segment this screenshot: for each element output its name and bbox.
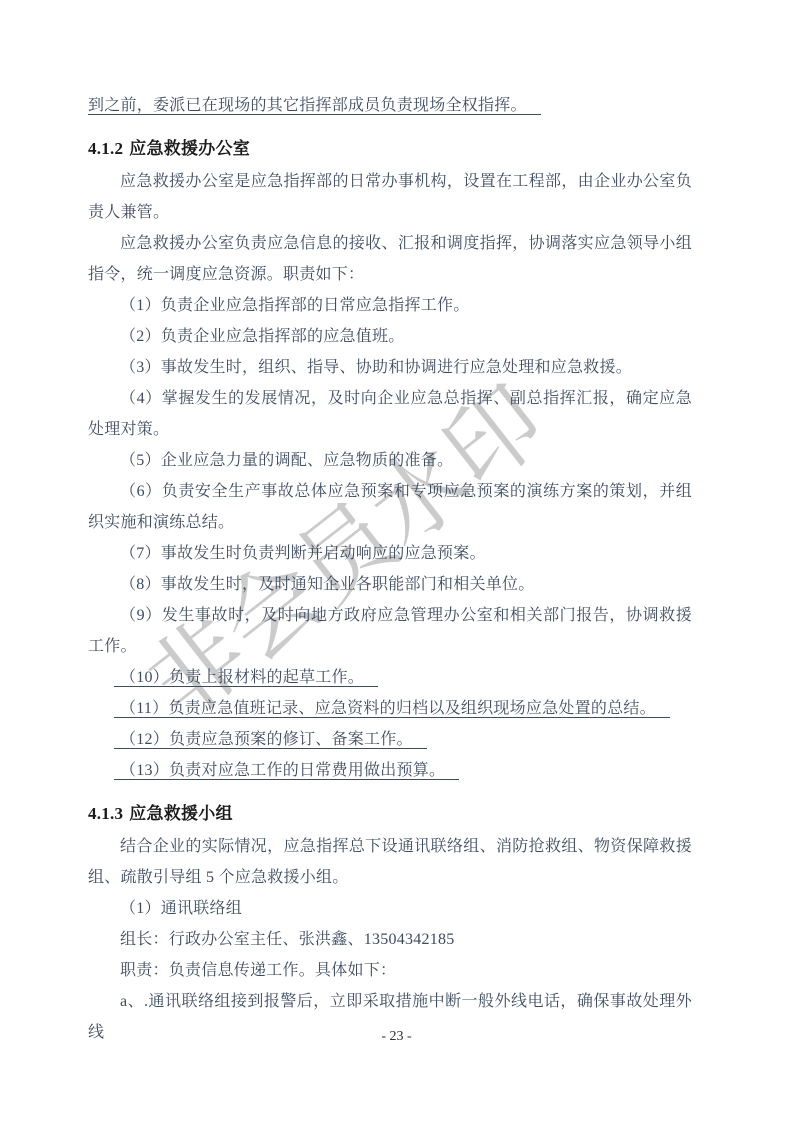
- underlined-text: （12）负责应急预案的修订、备案工作。: [114, 731, 427, 749]
- section-heading-413: 4.1.3应急救援小组: [88, 798, 692, 829]
- list-item: （5）企业应急力量的调配、应急物质的准备。: [88, 445, 692, 476]
- list-item: （2）负责企业应急指挥部的应急值班。: [88, 321, 692, 352]
- underlined-carryover-text: 到之前，委派已在现场的其它指挥部成员负责现场全权指挥。: [88, 97, 541, 115]
- paragraph: 应急救援办公室是应急指挥部的日常办事机构，设置在工程部，由企业办公室负责人兼管。: [88, 166, 692, 228]
- list-item: （7）事故发生时负责判断并启动响应的应急预案。: [88, 538, 692, 569]
- page-number: - 23 -: [0, 1026, 793, 1048]
- list-item-underlined: （10）负责上报材料的起草工作。: [88, 662, 692, 693]
- section-title: 应急救援小组: [129, 804, 233, 823]
- group-leader-line: 组长：行政办公室主任、张洪鑫、13504342185: [88, 924, 692, 955]
- list-item: （3）事故发生时，组织、指导、协助和协调进行应急处理和应急救援。: [88, 352, 692, 383]
- carryover-paragraph: 到之前，委派已在现场的其它指挥部成员负责现场全权指挥。: [88, 90, 692, 121]
- section-title: 应急救援办公室: [129, 139, 250, 158]
- paragraph: 应急救援办公室负责应急信息的接收、汇报和调度指挥，协调落实应急领导小组指令，统一…: [88, 228, 692, 290]
- section-number: 4.1.3: [88, 804, 123, 823]
- page-content: 到之前，委派已在现场的其它指挥部成员负责现场全权指挥。 4.1.2应急救援办公室…: [88, 90, 692, 1048]
- list-item: （9）发生事故时，及时向地方政府应急管理办公室和相关部门报告，协调救援工作。: [88, 600, 692, 662]
- list-item: （8）事故发生时，及时通知企业各职能部门和相关单位。: [88, 569, 692, 600]
- underlined-text: （13）负责对应急工作的日常费用做出预算。: [114, 762, 459, 780]
- duty-line: 职责：负责信息传递工作。具体如下：: [88, 955, 692, 986]
- section-heading-412: 4.1.2应急救援办公室: [88, 133, 692, 164]
- list-item: （1）负责企业应急指挥部的日常应急指挥工作。: [88, 290, 692, 321]
- underlined-text: （10）负责上报材料的起草工作。: [114, 669, 378, 687]
- list-item: （1）通讯联络组: [88, 893, 692, 924]
- list-item-underlined: （12）负责应急预案的修订、备案工作。: [88, 724, 692, 755]
- section-number: 4.1.2: [88, 139, 123, 158]
- underlined-text: （11）负责应急值班记录、应急资料的归档以及组织现场应急处置的总结。: [114, 700, 670, 718]
- document-page: 非会员水印 到之前，委派已在现场的其它指挥部成员负责现场全权指挥。 4.1.2应…: [0, 0, 793, 1122]
- list-item: （6）负责安全生产事故总体应急预案和专项应急预案的演练方案的策划，并组织实施和演…: [88, 476, 692, 538]
- list-item: （4）掌握发生的发展情况，及时向企业应急总指挥、副总指挥汇报，确定应急处理对策。: [88, 383, 692, 445]
- list-item-underlined: （11）负责应急值班记录、应急资料的归档以及组织现场应急处置的总结。: [88, 693, 692, 724]
- list-item-underlined: （13）负责对应急工作的日常费用做出预算。: [88, 755, 692, 786]
- paragraph: 结合企业的实际情况，应急指挥总下设通讯联络组、消防抢救组、物资保障救援组、疏散引…: [88, 831, 692, 893]
